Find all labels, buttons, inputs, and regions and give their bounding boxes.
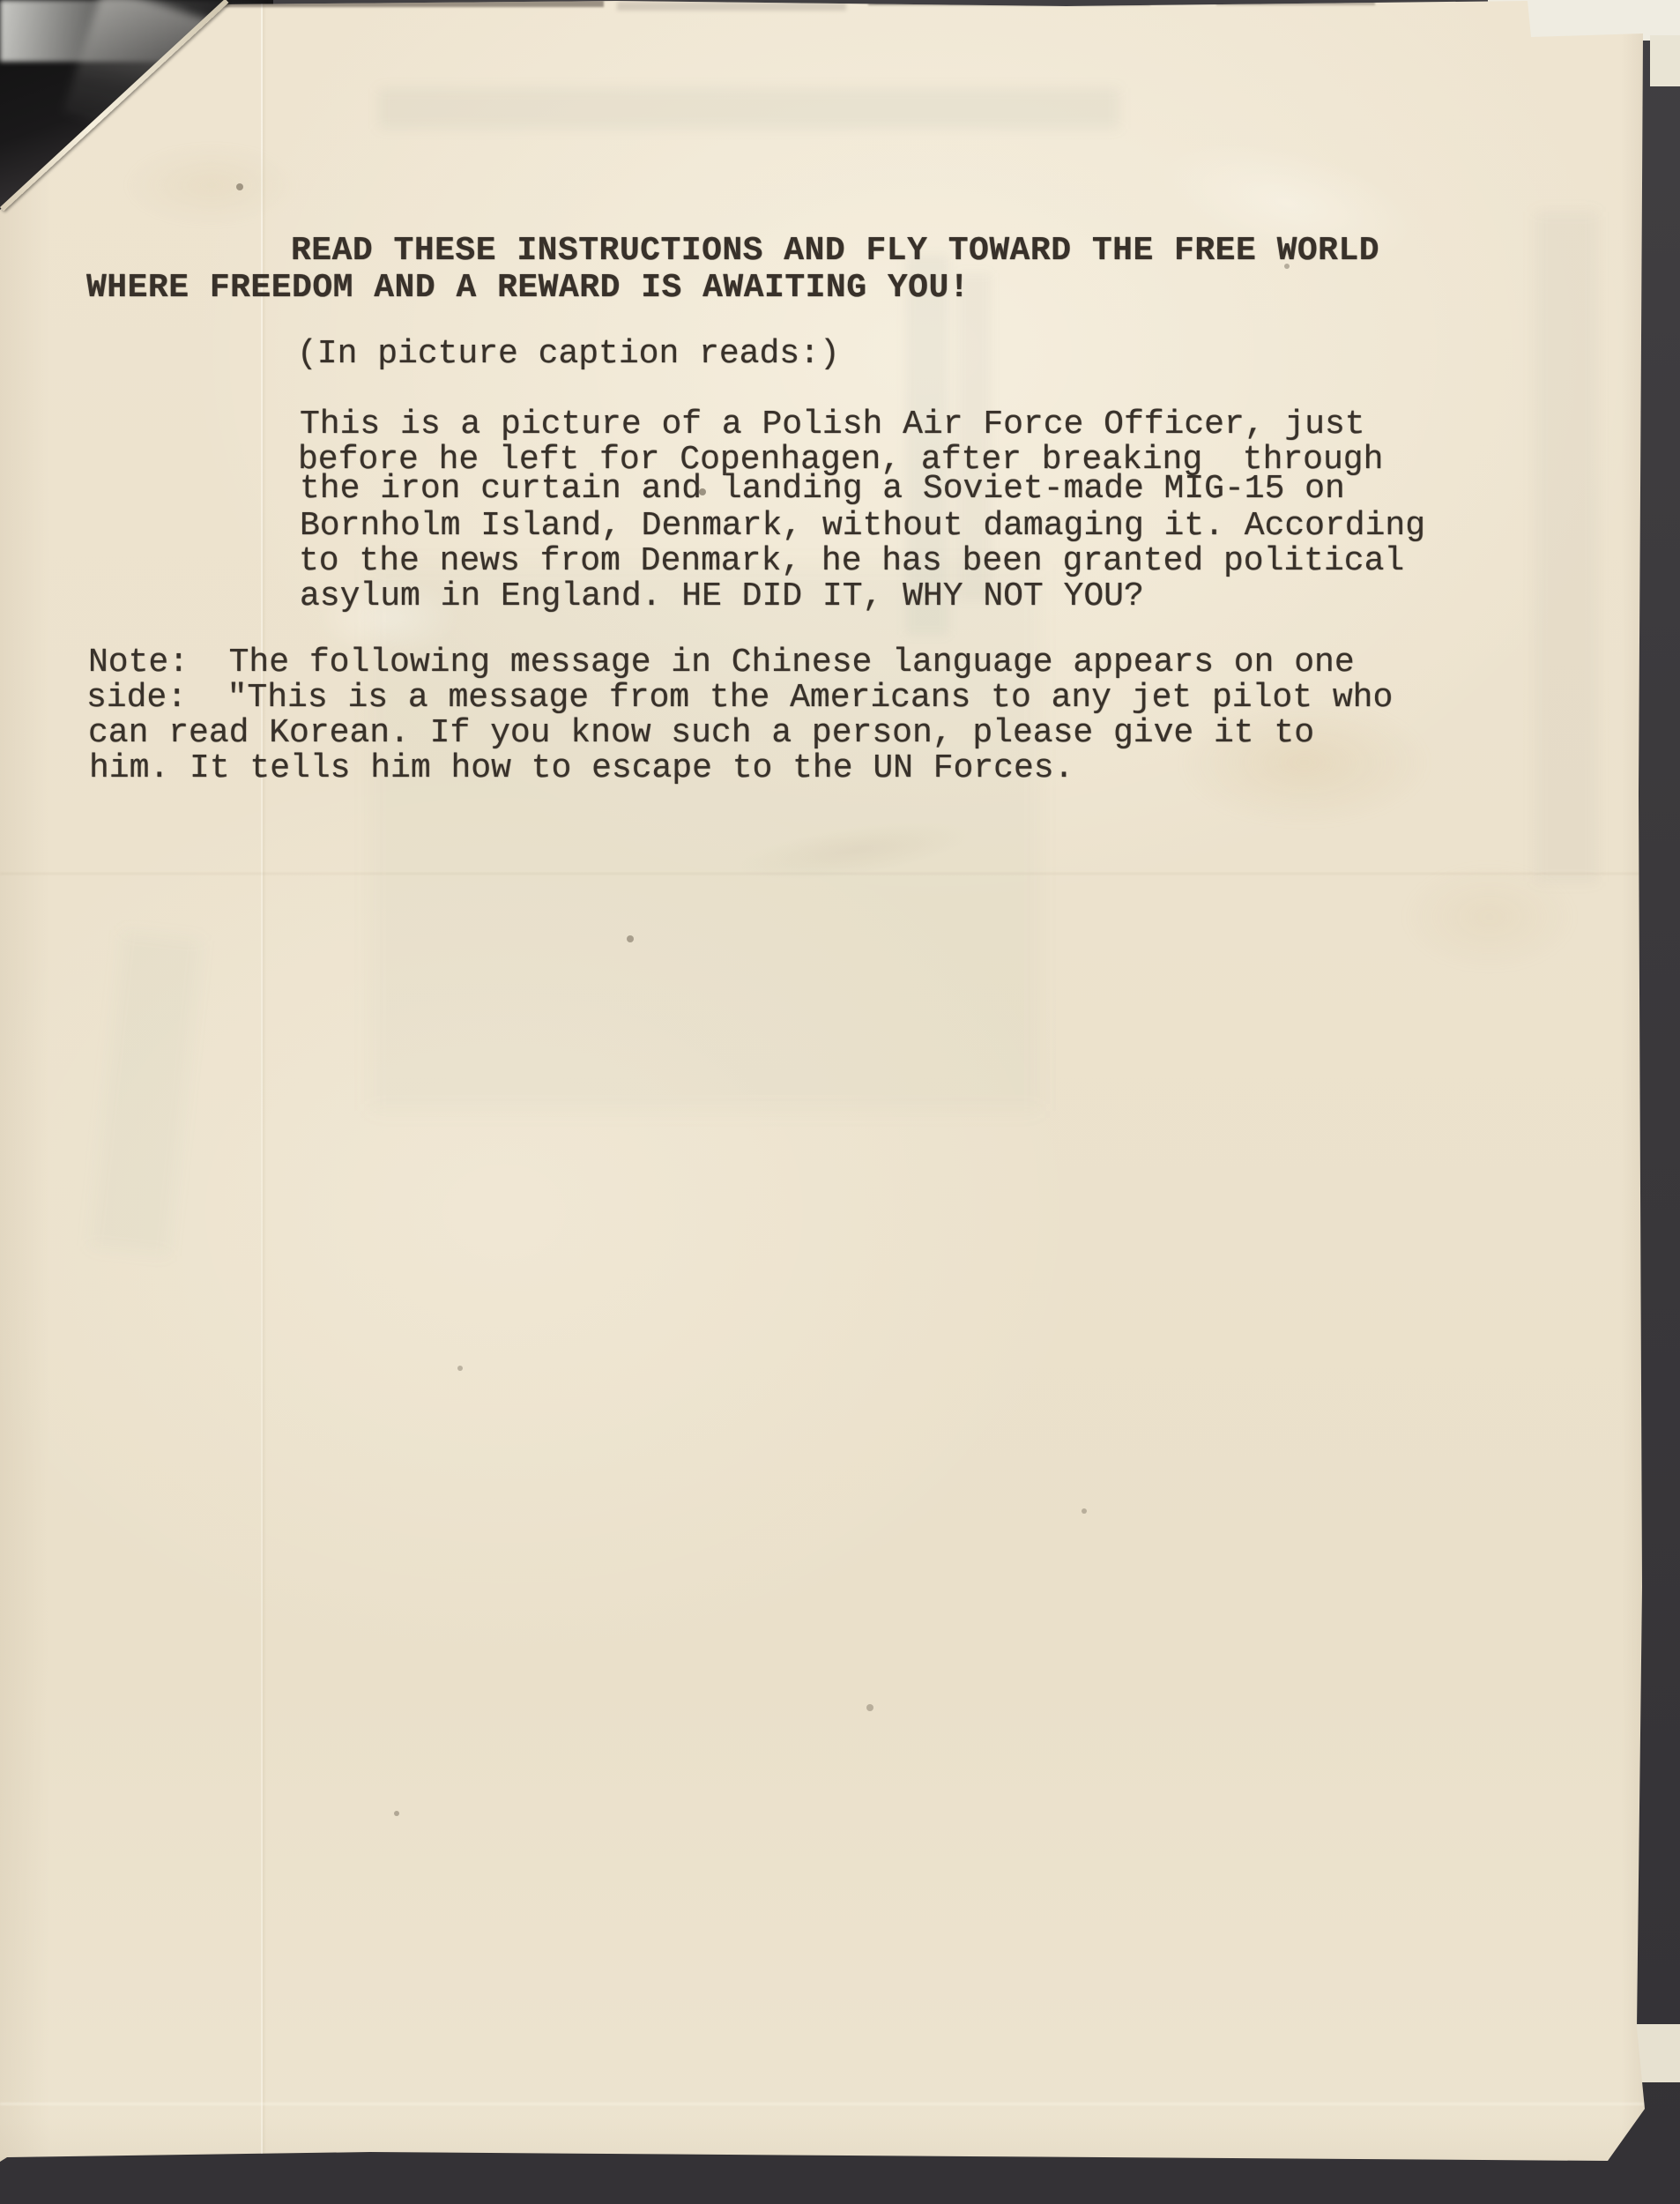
caption-line: to the news from Denmark, he has been gr… xyxy=(299,544,1404,579)
note-line: him. It tells him how to escape to the U… xyxy=(89,751,1074,786)
note-line: Note: The following message in Chinese l… xyxy=(88,645,1355,681)
caption-line: asylum in England. HE DID IT, WHY NOT YO… xyxy=(300,579,1144,614)
note-line: can read Korean. If you know such a pers… xyxy=(88,716,1314,751)
caption-intro-line: (In picture caption reads:) xyxy=(297,337,840,372)
headline-line: WHERE FREEDOM AND A REWARD IS AWAITING Y… xyxy=(86,271,970,306)
caption-line: the iron curtain and landing a Soviet-ma… xyxy=(300,472,1345,507)
caption-line: This is a picture of a Polish Air Force … xyxy=(300,407,1365,443)
scanned-document-page: READ THESE INSTRUCTIONS AND FLY TOWARD T… xyxy=(0,0,1680,2204)
typewritten-text: READ THESE INSTRUCTIONS AND FLY TOWARD T… xyxy=(0,0,1680,2204)
note-line: side: "This is a message from the Americ… xyxy=(86,681,1393,716)
caption-line: Bornholm Island, Denmark, without damagi… xyxy=(300,509,1425,544)
headline-line: READ THESE INSTRUCTIONS AND FLY TOWARD T… xyxy=(291,234,1379,269)
